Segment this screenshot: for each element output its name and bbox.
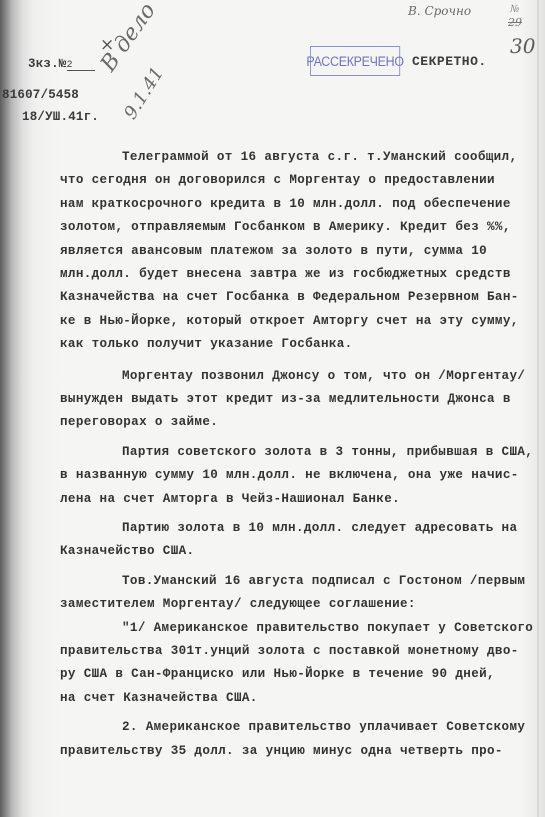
archive-sheet-mark: № [510,4,519,15]
text-line: млн.долл. будет внесена завтра же из гос… [60,267,511,281]
text-line: переговорах о займе. [60,415,218,429]
text-line: Телеграммой от 16 августа с.г. т.Умански… [122,150,517,164]
text-line: 2. Американское правительство уплачивает… [122,720,525,734]
classification-label: СЕКРЕТНО. [412,54,487,69]
text-line: заместителем Моргентау/ следующее соглаш… [60,597,416,611]
text-line: Казначейство США. [60,544,194,558]
text-line: ке в Нью-Йорке, который откроет Амторгу … [60,314,519,328]
text-line: ру США в Сан-Франциско или Нью-Йорке в т… [60,667,495,681]
copies-count: 3кз.№2 [28,57,95,71]
text-line: лена на счет Амторга в Чейз-Нашионал Бан… [60,492,400,506]
registration-number: 81607/5458 [2,88,79,102]
text-line: "1/ Американское правительство покупает … [122,621,533,635]
document-date: 18/УШ.41г. [22,110,99,124]
copies-label: 3кз.№ [28,57,67,71]
document-page: 3кз.№2 81607/5458 18/УШ.41г. × В дело 9.… [0,0,545,817]
text-line: на счет Казначейства США. [60,691,258,705]
copies-number: 2 [67,60,95,71]
archive-sheet-struck-number: 29 [508,16,522,29]
text-line: как только получит указание Госбанка. [60,337,353,351]
text-line: золотом, отправляемым Госбанком в Америк… [60,220,511,234]
text-line: Казначейства на счет Госбанка в Федераль… [60,290,519,304]
text-line: Тов.Уманский 16 августа подписал с Госто… [122,574,525,588]
text-line: Партия советского золота в 3 тонны, приб… [122,445,533,459]
declassified-stamp: РАССЕКРЕЧЕНО [310,46,400,76]
text-line: является авансовым платежом за золото в … [60,244,487,258]
handwritten-urgent-note: В. Срочно [408,4,471,18]
text-line: правительства 301т.унций золота с постав… [60,644,519,658]
text-line: Моргентау позвонил Джонсу о том, что он … [122,369,525,383]
text-line: Партию золота в 10 млн.долл. следует адр… [122,521,517,535]
text-line: вынужден выдать этот кредит из-за медлит… [60,392,511,406]
handwritten-resolution-date: 9.1.41 [120,63,168,123]
text-line: нам краткосрочного кредита в 10 млн.долл… [60,197,511,211]
archive-sheet-number: 30 [510,34,535,58]
text-line: что сегодня он договорился с Моргентау о… [60,173,495,187]
text-line: правительству 35 долл. за унцию минус од… [60,744,503,758]
text-line: в названную сумму 10 млн.долл. не включе… [60,468,519,482]
